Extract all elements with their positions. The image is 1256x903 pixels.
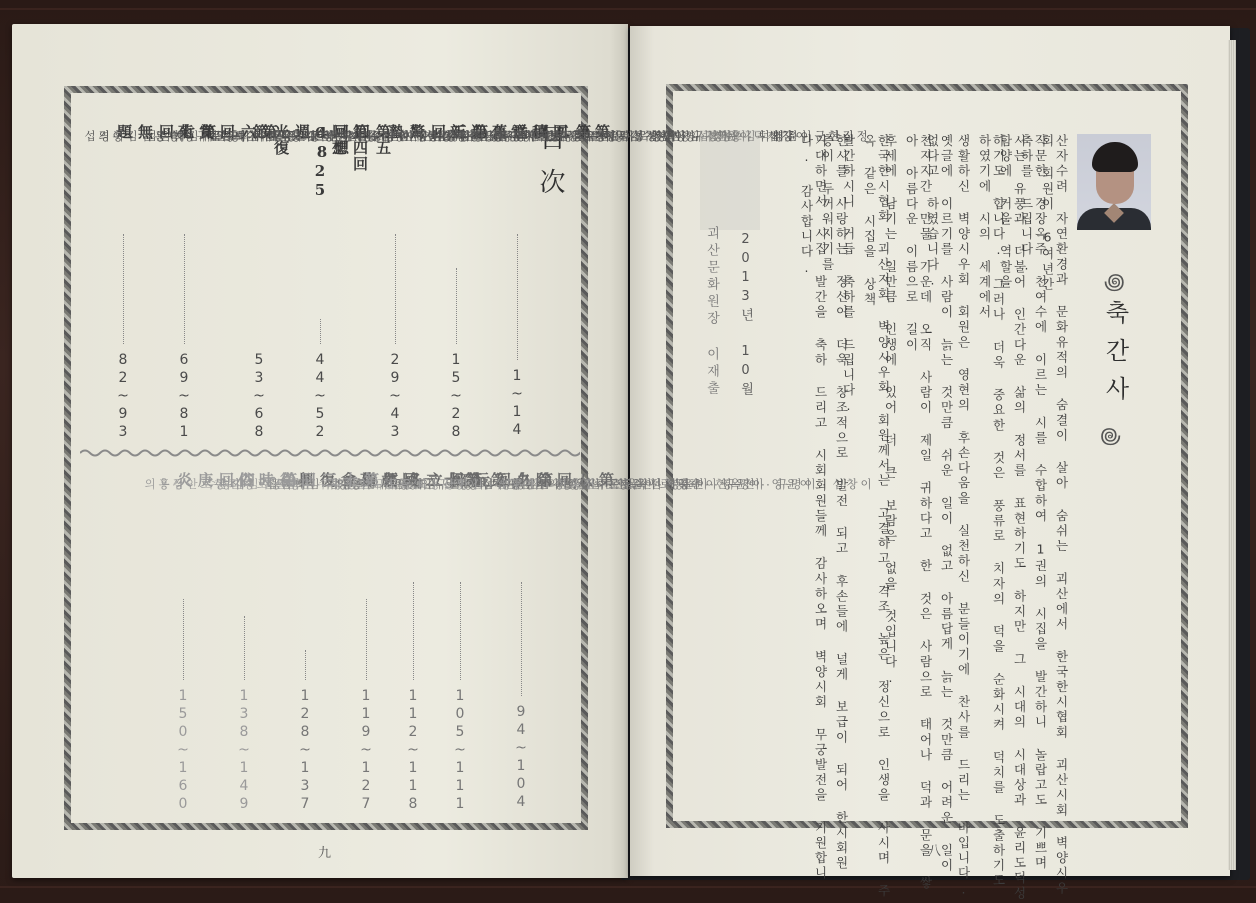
message-column: 생활하신 벽양시우회 회원은 영현의 후손다움을 실천하신 분들이기에 찬사를 … [956, 134, 970, 899]
toc-page-range: 94~104 [513, 704, 529, 812]
toc-leader-dots [305, 650, 306, 680]
toc-leader-dots [395, 234, 396, 344]
toc-page-range: 82~93 [115, 352, 131, 442]
cloud-ornament-icon: ꩜ [1104, 264, 1125, 297]
toc-leader-dots [184, 234, 185, 344]
toc-leader-dots [366, 599, 367, 680]
toc-page-range: 150~160 [175, 688, 191, 814]
page-number-right: 八 [928, 840, 941, 859]
date: 2013년 10월 [736, 232, 755, 399]
page-title: 축간사 [1098, 300, 1133, 414]
message-column: 천지지간 만물 가운데 오직 사람이 제일 귀하다고 한 것은 사람으로 태어나… [904, 134, 932, 903]
toc-page-range: 112~118 [405, 688, 421, 814]
author-photo [1077, 134, 1151, 230]
toc-page-range: 53~68 [251, 352, 267, 442]
toc-page-range: 15~28 [448, 352, 464, 442]
toc-contributors: 임창규 · 김재덕 · 오문규 · 박온섭 · 이경섭 [83, 130, 349, 145]
message-column: 기대하면서 시집 발간을 축하 드리고 시회회원들께 감사하오며 벽양시회 무궁… [799, 134, 827, 903]
toc-page-range: 138~149 [236, 688, 252, 814]
toc-page-range: 105~111 [452, 688, 468, 814]
toc-page-range: 44~52 [312, 352, 328, 442]
toc-page-range: 29~43 [387, 352, 403, 442]
toc-leader-dots [460, 582, 461, 680]
page-edges [1228, 40, 1236, 870]
message-column: 한국한시협회 괴산지회 벽양시우회 회원께서는 고결하고 격조 높은 정신으로 … [862, 134, 890, 903]
toc-leader-dots [456, 268, 457, 344]
toc-contributors: 최동로 · 최동로 · 김홍의 [143, 478, 297, 493]
toc-page-range: 128~137 [297, 688, 313, 814]
toc-leader-dots [517, 234, 518, 360]
signature: 괴산문화원장 이재출 [702, 226, 721, 398]
toc-leader-dots [521, 582, 522, 696]
toc-page-range: 1~14 [509, 368, 525, 440]
show-through-shadow [700, 130, 760, 230]
toc-page-range: 69~81 [176, 352, 192, 442]
toc-leader-dots [413, 582, 414, 680]
toc-leader-dots [320, 319, 321, 344]
wave-divider [80, 448, 580, 458]
toc-leader-dots [244, 616, 245, 680]
toc-leader-dots [123, 234, 124, 344]
toc-page-range: 119~127 [358, 688, 374, 814]
cloud-ornament-icon: ꩜ [1100, 418, 1121, 451]
table-grain [0, 8, 1256, 10]
page-number-left: 九 [318, 842, 331, 861]
message-column: 하기도 합니다. 그러나 더욱 중요한 것은 풍류로 치자의 덕을 순화시켜 덕… [977, 134, 1005, 903]
toc-leader-dots [183, 599, 184, 680]
